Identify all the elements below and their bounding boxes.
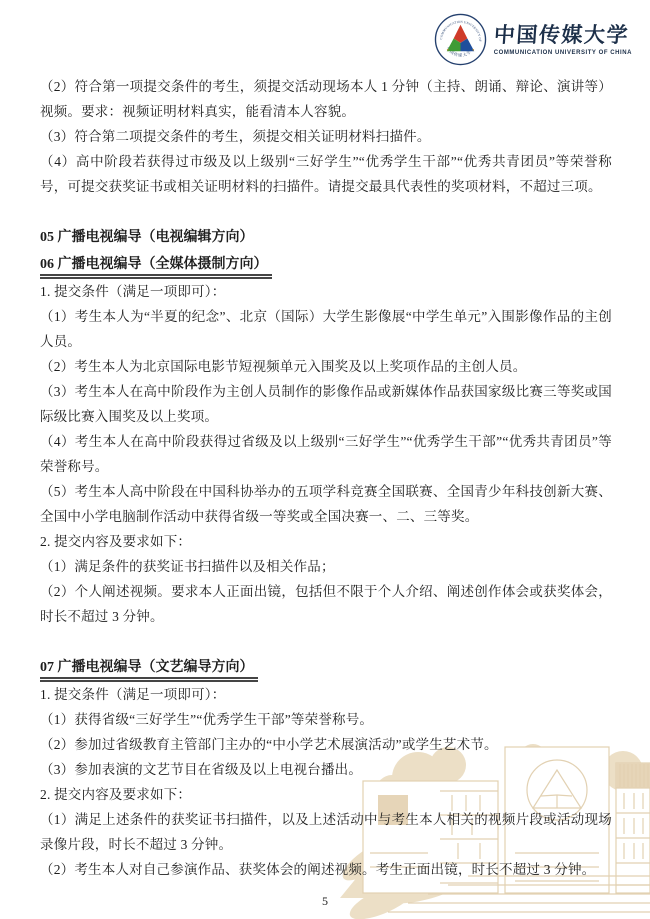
university-name-en: COMMUNICATION UNIVERSITY OF CHINA (494, 50, 632, 56)
document-content: （2）符合第一项提交条件的考生，须提交活动现场本人 1 分钟（主持、朗诵、辩论、… (40, 74, 612, 882)
body-paragraph: （2）考生本人为北京国际电影节短视频单元入围奖及以上奖项作品的主创人员。 (40, 354, 612, 379)
body-paragraph: 2. 提交内容及要求如下： (40, 782, 612, 807)
page-header: COMMUNICATION UNIVERSITY OF CHINA 中国传媒大学… (434, 13, 632, 66)
page-footer: 5 (0, 894, 650, 909)
body-paragraph: （3）考生本人在高中阶段作为主创人员制作的影像作品或新媒体作品获国家级比赛三等奖… (40, 379, 612, 429)
body-paragraph: 1. 提交条件（满足一项即可）： (40, 682, 612, 707)
section-heading-text: 07 广播电视编导（文艺编导方向） (40, 658, 258, 682)
section-heading: 05 广播电视编导（电视编辑方向） (40, 225, 612, 252)
body-paragraph: （4）高中阶段若获得过市级及以上级别“三好学生”“优秀学生干部”“优秀共青团员”… (40, 149, 612, 199)
body-paragraph: （2）个人阐述视频。要求本人正面出镜，包括但不限于个人介绍、阐述创作体会或获奖体… (40, 579, 612, 629)
body-paragraph: 2. 提交内容及要求如下： (40, 529, 612, 554)
body-paragraph: （1）考生本人为“半夏的纪念”、北京（国际）大学生影像展“中学生单元”入围影像作… (40, 304, 612, 354)
block-spacer (40, 199, 612, 225)
body-paragraph: （3）符合第二项提交条件的考生，须提交相关证明材料扫描件。 (40, 124, 612, 149)
body-paragraph: （2）参加过省级教育主管部门主办的“中小学艺术展演活动”或学生艺术节。 (40, 732, 612, 757)
section-heading: 06 广播电视编导（全媒体摄制方向） (40, 252, 612, 279)
university-name-cn: 中国传媒大学 (493, 23, 630, 47)
body-paragraph: （1）获得省级“三好学生”“优秀学生干部”等荣誉称号。 (40, 707, 612, 732)
university-logo: 中国传媒大学 COMMUNICATION UNIVERSITY OF CHINA (494, 23, 632, 56)
body-paragraph: （2）考生本人对自己参演作品、获奖体会的阐述视频。考生正面出镜，时长不超过 3 … (40, 857, 612, 882)
body-paragraph: （2）符合第一项提交条件的考生，须提交活动现场本人 1 分钟（主持、朗诵、辩论、… (40, 74, 612, 124)
body-paragraph: （1）满足条件的获奖证书扫描件以及相关作品； (40, 554, 612, 579)
section-heading: 07 广播电视编导（文艺编导方向） (40, 655, 612, 682)
university-emblem-icon: COMMUNICATION UNIVERSITY OF CHINA 中国传媒大学 (434, 13, 487, 66)
body-paragraph: （3）参加表演的文艺节目在省级及以上电视台播出。 (40, 757, 612, 782)
body-paragraph: （4）考生本人在高中阶段获得过省级及以上级别“三好学生”“优秀学生干部”“优秀共… (40, 429, 612, 479)
block-spacer (40, 629, 612, 655)
body-paragraph: （1）满足上述条件的获奖证书扫描件，以及上述活动中与考生本人相关的视频片段或活动… (40, 807, 612, 857)
body-paragraph: 1. 提交条件（满足一项即可）： (40, 279, 612, 304)
document-page: COMMUNICATION UNIVERSITY OF CHINA 中国传媒大学… (0, 0, 650, 919)
page-number: 5 (322, 894, 328, 908)
section-heading-text: 05 广播电视编导（电视编辑方向） (40, 230, 254, 245)
body-paragraph: （5）考生本人高中阶段在中国科协举办的五项学科竞赛全国联赛、全国青少年科技创新大… (40, 479, 612, 529)
section-heading-text: 06 广播电视编导（全媒体摄制方向） (40, 255, 272, 279)
